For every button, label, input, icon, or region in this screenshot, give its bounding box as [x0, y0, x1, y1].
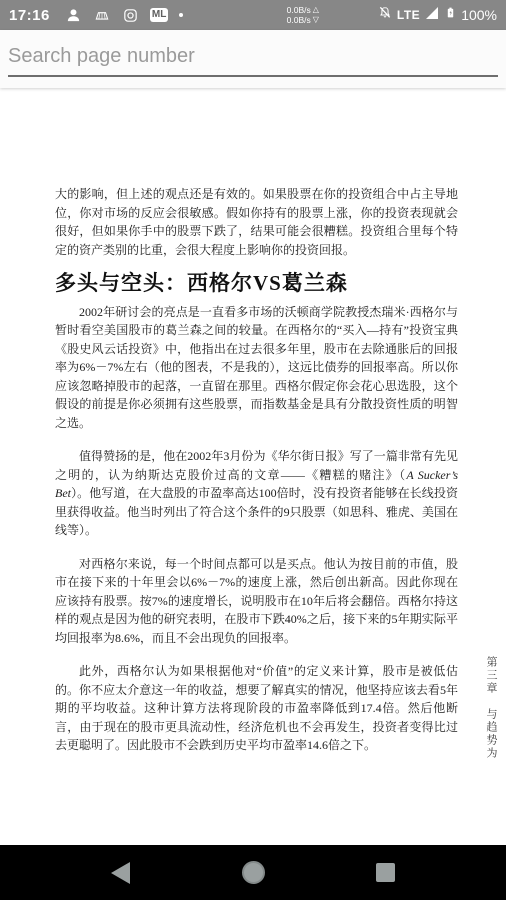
paragraph-3-text: 值得赞扬的是，他在2002年3月份为《华尔街日报》写了一篇非常有先见之明的，认为… [55, 449, 458, 482]
paragraph-5: 此外，西格尔认为如果根据他对“价值”的定义来计算，股市是被低估的。你不应太介意这… [55, 662, 458, 755]
android-nav-bar [0, 845, 506, 900]
download-speed: 0.0B/s [287, 15, 311, 25]
page-text-column: 大的影响，但上述的观点还是有效的。如果股票在你的投资组合中占主导地位，你对市场的… [55, 185, 458, 770]
paragraph-2: 2002年研讨会的亮点是一直看多市场的沃顿商学院教授杰瑞米·西格尔与暂时看空美国… [55, 303, 458, 433]
recents-button[interactable] [376, 863, 395, 882]
hatched-app-icon [93, 7, 111, 24]
paragraph-3: 值得赞扬的是，他在2002年3月份为《华尔街日报》写了一篇非常有先见之明的，认为… [55, 447, 458, 540]
paragraph-4: 对西格尔来说，每一个时间点都可以是买点。他认为按目前的市值，股市在接下来的十年里… [55, 555, 458, 648]
up-triangle-icon: △ [313, 6, 319, 14]
notification-icons: ML [65, 7, 183, 24]
back-button[interactable] [111, 862, 130, 884]
status-bar: 17:16 ML [0, 0, 506, 30]
phone-screen: 17:16 ML [0, 0, 506, 900]
network-speed-indicator: 0.0B/s △ 0.0B/s ▽ [287, 5, 319, 25]
battery-charging-icon [444, 3, 457, 27]
battery-percent-label: 100% [461, 7, 497, 23]
section-heading: 多头与空头：西格尔VS葛兰森 [55, 274, 458, 293]
signal-triangle-icon [424, 5, 440, 26]
clock: 17:16 [9, 7, 50, 24]
chapter-marker: 第三章 与趋势为 [483, 656, 499, 760]
down-triangle-icon: ▽ [313, 16, 319, 24]
notification-dot-icon [179, 13, 183, 17]
paragraph-3-text-cont: ）。他写道，在大盘股的市盈率高达100倍时，没有投资者能够在长线投资里获得收益。… [55, 486, 458, 537]
ml-app-badge: ML [150, 8, 168, 22]
paragraph-1: 大的影响，但上述的观点还是有效的。如果股票在你的投资组合中占主导地位，你对市场的… [55, 185, 458, 259]
page-number-search-input[interactable] [8, 30, 498, 77]
document-page[interactable]: 大的影响，但上述的观点还是有效的。如果股票在你的投资组合中占主导地位，你对市场的… [0, 88, 506, 845]
bell-muted-icon [377, 5, 393, 26]
person-icon [65, 7, 82, 24]
home-button[interactable] [242, 861, 265, 884]
upload-speed: 0.0B/s [287, 5, 311, 15]
camera-app-icon [122, 7, 139, 24]
search-bar [0, 30, 506, 88]
system-status-icons: LTE 100% [377, 3, 497, 27]
network-type-label: LTE [397, 8, 420, 22]
